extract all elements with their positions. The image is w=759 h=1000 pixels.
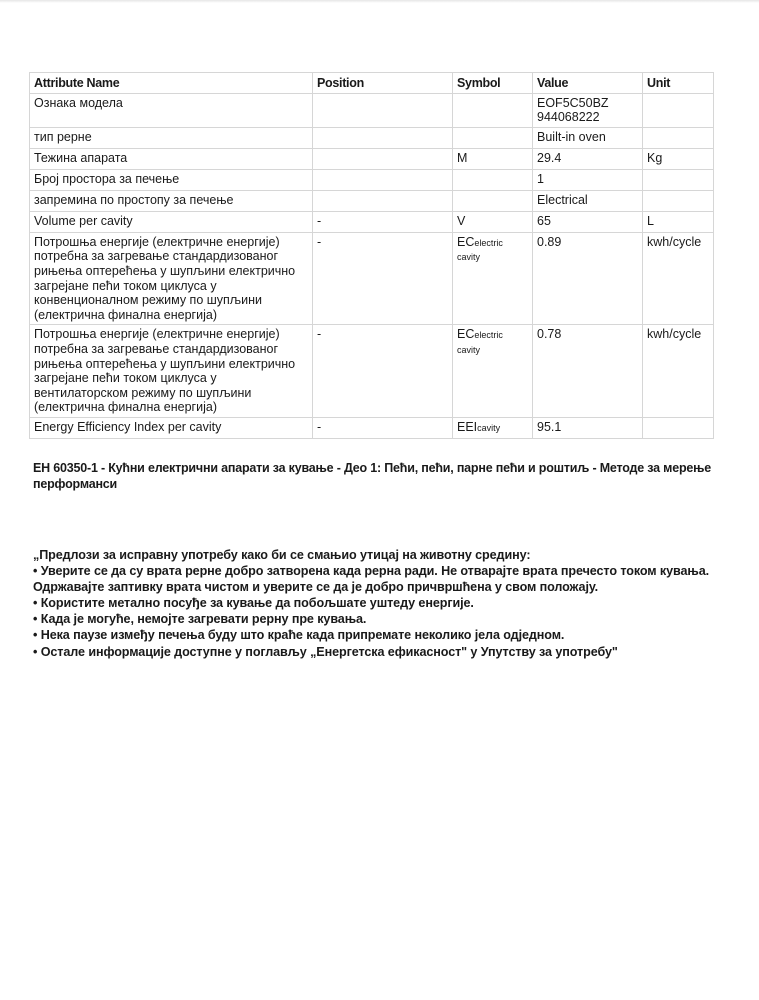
value-cell: 0.89 (533, 232, 643, 325)
unit-cell (643, 417, 714, 438)
symbol-main: EEI (457, 420, 477, 434)
value-cell: 95.1 (533, 417, 643, 438)
symbol-cell: EEIcavity (453, 417, 533, 438)
position-cell: - (313, 211, 453, 232)
value-cell: Electrical (533, 190, 643, 211)
table-row: Потрошња енергије (електричне енергије) … (30, 232, 714, 325)
position-cell: - (313, 325, 453, 418)
unit-cell (643, 93, 714, 127)
position-cell (313, 169, 453, 190)
product-number: 944068222 (537, 110, 638, 125)
symbol-cell (453, 190, 533, 211)
tip-item: • Уверите се да су врата рерне добро зат… (33, 563, 723, 595)
attribute-cell: Energy Efficiency Index per cavity (30, 417, 313, 438)
position-cell (313, 148, 453, 169)
attribute-cell: тип рерне (30, 127, 313, 148)
unit-cell (643, 127, 714, 148)
unit-cell (643, 190, 714, 211)
symbol-cell (453, 127, 533, 148)
table-row: Volume per cavity - V 65 L (30, 211, 714, 232)
unit-cell (643, 169, 714, 190)
symbol-cell: ECelectric cavity (453, 232, 533, 325)
symbol-subscript: cavity (477, 423, 500, 433)
model-code: EOF5C50BZ (537, 96, 638, 111)
table-row: Тежина апарата M 29.4 Kg (30, 148, 714, 169)
standard-reference-note: ЕН 60350-1 - Кућни електрични апарати за… (33, 460, 713, 492)
table-row: тип рерне Built-in oven (30, 127, 714, 148)
value-cell: 29.4 (533, 148, 643, 169)
symbol-cell: V (453, 211, 533, 232)
attribute-cell: Потрошња енергије (електричне енергије) … (30, 232, 313, 325)
value-cell: 0.78 (533, 325, 643, 418)
eco-usage-tips: „Предлози за исправну употребу како би с… (33, 547, 723, 660)
attribute-cell: запремина по простопу за печење (30, 190, 313, 211)
attribute-cell: Тежина апарата (30, 148, 313, 169)
unit-cell: kwh/cycle (643, 232, 714, 325)
symbol-cell: ECelectric cavity (453, 325, 533, 418)
header-value: Value (533, 73, 643, 94)
symbol-main: EC (457, 235, 474, 249)
tip-item: • Нека паузе између печења буду што краћ… (33, 627, 723, 643)
position-cell: - (313, 417, 453, 438)
value-cell: Built-in oven (533, 127, 643, 148)
attribute-cell: Потрошња енергије (електричне енергије) … (30, 325, 313, 418)
symbol-main: EC (457, 327, 474, 341)
table-row: Energy Efficiency Index per cavity - EEI… (30, 417, 714, 438)
tip-item: • Када је могуће, немојте загревати рерн… (33, 611, 723, 627)
table-row: Ознака модела EOF5C50BZ 944068222 (30, 93, 714, 127)
value-cell: 65 (533, 211, 643, 232)
tip-item: • Остале информације доступне у поглављу… (33, 644, 723, 660)
tips-title: „Предлози за исправну употребу како би с… (33, 547, 723, 563)
table-row: Број простора за печење 1 (30, 169, 714, 190)
table-row: запремина по простопу за печење Electric… (30, 190, 714, 211)
attribute-cell: Број простора за печење (30, 169, 313, 190)
table-row: Потрошња енергије (електричне енергије) … (30, 325, 714, 418)
unit-cell: kwh/cycle (643, 325, 714, 418)
attribute-cell: Ознака модела (30, 93, 313, 127)
symbol-cell (453, 169, 533, 190)
header-position: Position (313, 73, 453, 94)
value-cell: EOF5C50BZ 944068222 (533, 93, 643, 127)
header-unit: Unit (643, 73, 714, 94)
header-attribute-name: Attribute Name (30, 73, 313, 94)
unit-cell: L (643, 211, 714, 232)
position-cell: - (313, 232, 453, 325)
symbol-cell (453, 93, 533, 127)
tip-item: • Користите метално посуђе за кување да … (33, 595, 723, 611)
top-edge-shadow (0, 0, 759, 3)
position-cell (313, 127, 453, 148)
header-symbol: Symbol (453, 73, 533, 94)
value-cell: 1 (533, 169, 643, 190)
table-header-row: Attribute Name Position Symbol Value Uni… (30, 73, 714, 94)
position-cell (313, 190, 453, 211)
position-cell (313, 93, 453, 127)
product-spec-table: Attribute Name Position Symbol Value Uni… (29, 72, 714, 439)
unit-cell: Kg (643, 148, 714, 169)
attribute-cell: Volume per cavity (30, 211, 313, 232)
symbol-cell: M (453, 148, 533, 169)
